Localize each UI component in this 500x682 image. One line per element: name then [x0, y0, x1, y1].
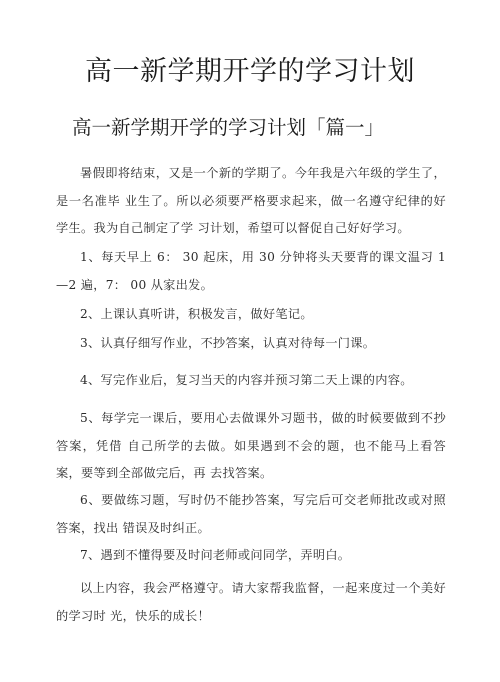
paragraph-item-1: 1、每天早上 6： 30 起床，用 30 分钟将头天要背的课文温习 1—2 遍，… [56, 244, 446, 299]
document-title: 高一新学期开学的学习计划 [0, 56, 500, 88]
document-page: 高一新学期开学的学习计划 高一新学期开学的学习计划「篇一」 暑假即将结束，又是一… [0, 0, 500, 682]
section-heading: 高一新学期开学的学习计划「篇一」 [72, 116, 384, 140]
paragraph-item-7: 7、遇到不懂得要及时问老师或问同学，弄明白。 [56, 542, 446, 570]
paragraph-item-6: 6、要做练习题，写时仍不能抄答案，写完后可交老师批改或对照答案，找出 错误及时纠… [56, 487, 446, 542]
paragraph-item-2: 2、上课认真听讲，积极发言，做好笔记。 [56, 301, 446, 329]
paragraph-intro: 暑假即将结束，又是一个新的学期了。今年我是六年级的学生了，是一名准毕 业生了。所… [56, 160, 446, 243]
paragraph-item-5: 5、每学完一课后，要用心去做课外习题书，做的时候要做到不抄答案，凭借 自己所学的… [56, 405, 446, 488]
paragraph-conclusion: 以上内容，我会严格遵守。请大家帮我监督，一起来度过一个美好的学习时 光，快乐的成… [56, 575, 446, 630]
paragraph-item-3: 3、认真仔细写作业，不抄答案，认真对待每一门课。 [56, 330, 446, 358]
paragraph-item-4: 4、写完作业后，复习当天的内容并预习第二天上课的内容。 [56, 367, 446, 395]
